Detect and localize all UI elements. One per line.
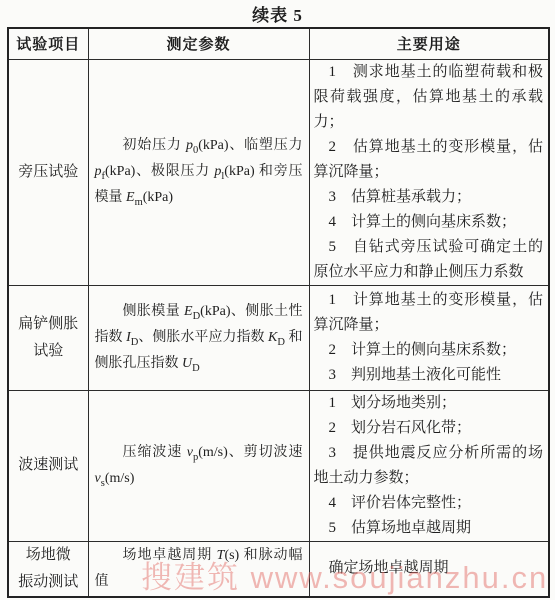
table-row-site-microtremor-test: 场地微振动测试 场地卓越周期 T(s) 和脉动幅值 确定场地卓越周期: [8, 541, 549, 597]
use-item: 2 划分岩石风化带；: [314, 416, 544, 441]
text-segment: (kPa): [143, 190, 173, 205]
subscript: D: [277, 336, 285, 347]
text-segment: (kPa)、临塑压力: [198, 138, 302, 153]
test-item-cell: 波速测试: [8, 390, 88, 541]
use-item: 1 划分场地类别；: [314, 391, 544, 416]
text-segment: (m/s): [105, 471, 135, 486]
uses-cell: 1 划分场地类别；2 划分岩石风化带；3 提供地震反应分析所需的场地土动力参数；…: [309, 390, 549, 541]
text-segment: U: [182, 356, 192, 371]
header-test-item: 试验项目: [8, 28, 88, 59]
subscript: D: [192, 362, 200, 373]
use-item: 确定场地卓越周期: [314, 556, 544, 581]
use-item: 1 计算地基土的变形模量，估算沉降量；: [314, 288, 544, 338]
params-text: 侧胀模量 ED(kPa)、侧胀土性指数 ID、侧胀水平应力指数 KD 和侧胀孔压…: [95, 299, 303, 377]
use-item: 2 估算地基土的变形模量，估算沉降量；: [314, 135, 544, 185]
use-item: 5 自钻式旁压试验可确定土的原位水平应力和静止侧压力系数: [314, 235, 544, 285]
header-measured-parameters: 测定参数: [88, 28, 309, 59]
params-cell: 场地卓越周期 T(s) 和脉动幅值: [88, 541, 309, 597]
use-item: 3 提供地震反应分析所需的场地土动力参数；: [314, 441, 544, 491]
params-cell: 压缩波速 vp(m/s)、剪切波速 vs(m/s): [88, 390, 309, 541]
test-item-line: 场地微: [11, 542, 86, 569]
text-segment: (kPa)、极限压力: [105, 164, 214, 179]
test-item-line: 波速测试: [11, 452, 86, 479]
use-item: 3 判别地基土液化可能性: [314, 363, 544, 388]
text-segment: E: [184, 304, 193, 319]
test-item-line: 振动测试: [11, 569, 86, 596]
params-cell: 侧胀模量 ED(kPa)、侧胀土性指数 ID、侧胀水平应力指数 KD 和侧胀孔压…: [88, 285, 309, 390]
text-segment: E: [126, 190, 135, 205]
table-row-wave-velocity-test: 波速测试 压缩波速 vp(m/s)、剪切波速 vs(m/s) 1 划分场地类别；…: [8, 390, 549, 541]
use-item: 5 估算场地卓越周期: [314, 516, 544, 541]
document-page: 续表 5 试验项目 测定参数 主要用途 旁压试验 初始压力 p0(kPa)、临塑…: [0, 0, 555, 600]
use-item: 1 测求地基土的临塑荷载和极限荷载强度，估算地基土的承载力；: [314, 60, 544, 135]
table-title: 续表 5: [0, 1, 555, 26]
subscript: m: [135, 197, 143, 208]
table-row-pressuremeter-test: 旁压试验 初始压力 p0(kPa)、临塑压力 pf(kPa)、极限压力 pl(k…: [8, 59, 549, 285]
use-item: 4 计算土的侧向基床系数；: [314, 210, 544, 235]
test-item-cell: 场地微振动测试: [8, 541, 88, 597]
continued-table-5: 试验项目 测定参数 主要用途 旁压试验 初始压力 p0(kPa)、临塑压力 pf…: [7, 27, 550, 598]
table-row-flat-dilatometer-test: 扁铲侧胀试验 侧胀模量 ED(kPa)、侧胀土性指数 ID、侧胀水平应力指数 K…: [8, 285, 549, 390]
text-segment: 场地卓越周期: [123, 548, 217, 563]
text-segment: K: [268, 330, 277, 345]
use-item: 4 评价岩体完整性；: [314, 491, 544, 516]
test-item-cell: 旁压试验: [8, 59, 88, 285]
uses-cell: 确定场地卓越周期: [309, 541, 549, 597]
use-item: 3 估算桩基承载力；: [314, 185, 544, 210]
uses-cell: 1 计算地基土的变形模量，估算沉降量；2 计算土的侧向基床系数；3 判别地基土液…: [309, 285, 549, 390]
header-row: 试验项目 测定参数 主要用途: [8, 28, 549, 59]
test-item-line: 旁压试验: [11, 159, 86, 186]
params-text: 压缩波速 vp(m/s)、剪切波速 vs(m/s): [95, 440, 303, 492]
use-item: 2 计算土的侧向基床系数；: [314, 338, 544, 363]
text-segment: p: [95, 164, 102, 179]
text-segment: 侧胀模量: [123, 304, 185, 319]
test-item-line: 试验: [11, 338, 86, 365]
test-item-cell: 扁铲侧胀试验: [8, 285, 88, 390]
header-main-uses: 主要用途: [309, 28, 549, 59]
text-segment: 、侧胀水平应力指数: [138, 330, 268, 345]
params-text: 场地卓越周期 T(s) 和脉动幅值: [95, 543, 303, 595]
params-text: 初始压力 p0(kPa)、临塑压力 pf(kPa)、极限压力 pl(kPa) 和…: [95, 133, 303, 211]
uses-cell: 1 测求地基土的临塑荷载和极限荷载强度，估算地基土的承载力；2 估算地基土的变形…: [309, 59, 549, 285]
text-segment: (m/s)、剪切波速: [198, 445, 302, 460]
test-item-line: 扁铲侧胀: [11, 311, 86, 338]
text-segment: p: [186, 138, 193, 153]
params-cell: 初始压力 p0(kPa)、临塑压力 pf(kPa)、极限压力 pl(kPa) 和…: [88, 59, 309, 285]
text-segment: 初始压力: [123, 138, 186, 153]
text-segment: 压缩波速: [123, 445, 187, 460]
